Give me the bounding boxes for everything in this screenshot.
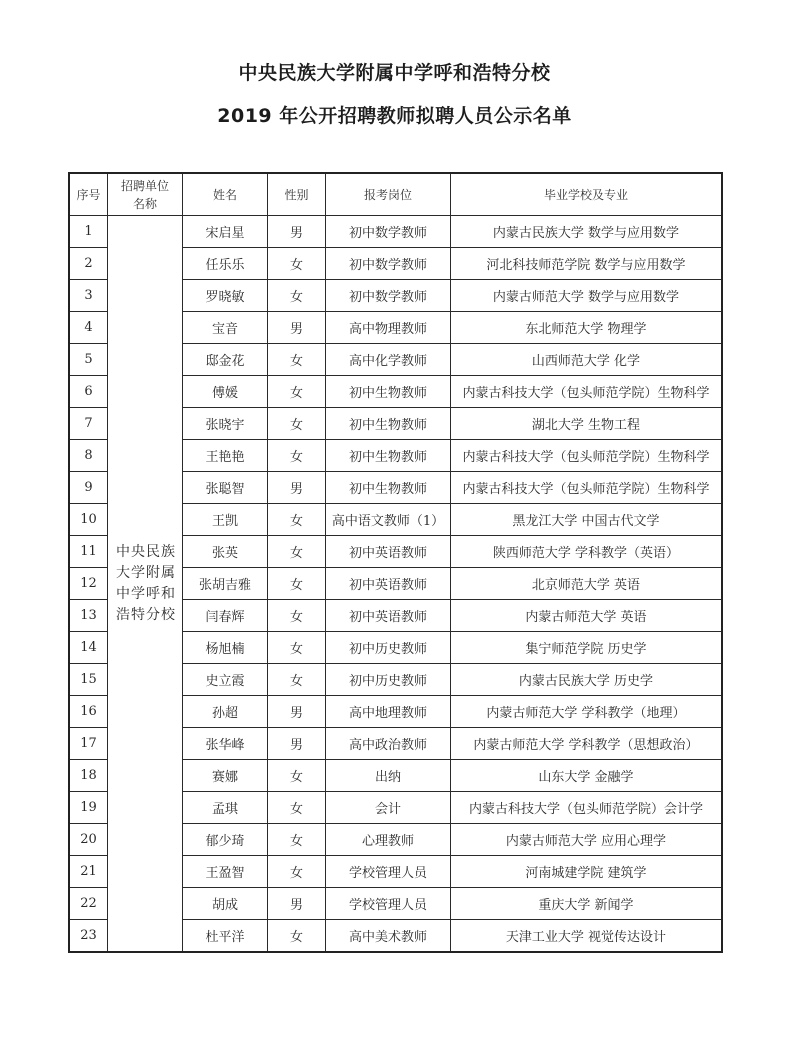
cell-gender: 女	[268, 664, 326, 696]
header-school-major: 毕业学校及专业	[451, 173, 723, 216]
cell-school-major: 内蒙古师范大学 学科教学（地理）	[451, 696, 723, 728]
cell-name: 杨旭楠	[183, 632, 268, 664]
cell-position: 出纳	[326, 760, 451, 792]
cell-name: 张华峰	[183, 728, 268, 760]
table-header-row: 序号 招聘单位名称 姓名 性别 报考岗位 毕业学校及专业	[69, 173, 722, 216]
cell-gender: 女	[268, 600, 326, 632]
cell-school-major: 内蒙古科技大学（包头师范学院）会计学	[451, 792, 723, 824]
header-hiring-unit-label: 招聘单位名称	[117, 177, 173, 213]
cell-name: 傅媛	[183, 376, 268, 408]
cell-name: 罗晓敏	[183, 280, 268, 312]
cell-serial-number: 15	[69, 664, 108, 696]
cell-serial-number: 21	[69, 856, 108, 888]
table-row: 1 中央民族大学附属中学呼和浩特分校宋启星 男 初中数学教师 内蒙古民族大学 数…	[69, 216, 722, 248]
cell-position: 高中化学教师	[326, 344, 451, 376]
cell-name: 胡成	[183, 888, 268, 920]
cell-gender: 女	[268, 536, 326, 568]
hiring-unit-line: 中央民族	[116, 544, 176, 560]
header-serial-number: 序号	[69, 173, 108, 216]
header-name: 姓名	[183, 173, 268, 216]
cell-position: 初中英语教师	[326, 600, 451, 632]
cell-gender: 女	[268, 280, 326, 312]
cell-gender: 女	[268, 440, 326, 472]
cell-school-major: 天津工业大学 视觉传达设计	[451, 920, 723, 953]
cell-school-major: 内蒙古科技大学（包头师范学院）生物科学	[451, 440, 723, 472]
cell-serial-number: 12	[69, 568, 108, 600]
cell-name: 宋启星	[183, 216, 268, 248]
cell-serial-number: 5	[69, 344, 108, 376]
cell-serial-number: 23	[69, 920, 108, 953]
cell-gender: 女	[268, 920, 326, 953]
cell-name: 张英	[183, 536, 268, 568]
cell-gender: 男	[268, 888, 326, 920]
cell-position: 高中政治教师	[326, 728, 451, 760]
cell-serial-number: 2	[69, 248, 108, 280]
cell-gender: 男	[268, 728, 326, 760]
cell-school-major: 内蒙古民族大学 历史学	[451, 664, 723, 696]
cell-position: 高中语文教师（1）	[326, 504, 451, 536]
cell-name: 王凯	[183, 504, 268, 536]
cell-school-major: 河北科技师范学院 数学与应用数学	[451, 248, 723, 280]
cell-gender: 女	[268, 344, 326, 376]
document-subtitle: 2019 年公开招聘教师拟聘人员公示名单	[0, 101, 789, 128]
cell-serial-number: 18	[69, 760, 108, 792]
cell-school-major: 东北师范大学 物理学	[451, 312, 723, 344]
cell-name: 郁少琦	[183, 824, 268, 856]
cell-school-major: 山西师范大学 化学	[451, 344, 723, 376]
cell-position: 初中生物教师	[326, 440, 451, 472]
cell-gender: 男	[268, 696, 326, 728]
cell-name: 张聪智	[183, 472, 268, 504]
cell-position: 高中物理教师	[326, 312, 451, 344]
cell-name: 孙超	[183, 696, 268, 728]
header-position: 报考岗位	[326, 173, 451, 216]
hiring-unit-line: 浩特分校	[116, 607, 176, 623]
cell-name: 杜平洋	[183, 920, 268, 953]
cell-position: 初中历史教师	[326, 632, 451, 664]
cell-serial-number: 10	[69, 504, 108, 536]
cell-serial-number: 13	[69, 600, 108, 632]
cell-gender: 女	[268, 504, 326, 536]
header-gender: 性别	[268, 173, 326, 216]
cell-serial-number: 22	[69, 888, 108, 920]
cell-name: 史立霞	[183, 664, 268, 696]
cell-position: 学校管理人员	[326, 888, 451, 920]
cell-serial-number: 8	[69, 440, 108, 472]
cell-gender: 男	[268, 472, 326, 504]
cell-name: 宝音	[183, 312, 268, 344]
cell-name: 王艳艳	[183, 440, 268, 472]
cell-serial-number: 16	[69, 696, 108, 728]
cell-serial-number: 20	[69, 824, 108, 856]
document-title: 中央民族大学附属中学呼和浩特分校	[0, 58, 789, 85]
cell-school-major: 黑龙江大学 中国古代文学	[451, 504, 723, 536]
cell-serial-number: 7	[69, 408, 108, 440]
cell-gender: 女	[268, 824, 326, 856]
cell-school-major: 重庆大学 新闻学	[451, 888, 723, 920]
cell-position: 会计	[326, 792, 451, 824]
cell-school-major: 内蒙古师范大学 学科教学（思想政治）	[451, 728, 723, 760]
cell-school-major: 陕西师范大学 学科教学（英语）	[451, 536, 723, 568]
cell-name: 闫春辉	[183, 600, 268, 632]
cell-serial-number: 14	[69, 632, 108, 664]
cell-gender: 女	[268, 632, 326, 664]
cell-position: 初中历史教师	[326, 664, 451, 696]
cell-serial-number: 1	[69, 216, 108, 248]
cell-school-major: 北京师范大学 英语	[451, 568, 723, 600]
cell-serial-number: 6	[69, 376, 108, 408]
cell-school-major: 内蒙古师范大学 数学与应用数学	[451, 280, 723, 312]
cell-position: 初中数学教师	[326, 280, 451, 312]
cell-gender: 女	[268, 376, 326, 408]
cell-hiring-unit: 中央民族大学附属中学呼和浩特分校	[108, 216, 183, 953]
cell-position: 心理教师	[326, 824, 451, 856]
cell-gender: 女	[268, 568, 326, 600]
cell-school-major: 集宁师范学院 历史学	[451, 632, 723, 664]
cell-position: 初中英语教师	[326, 568, 451, 600]
cell-serial-number: 17	[69, 728, 108, 760]
cell-school-major: 内蒙古科技大学（包头师范学院）生物科学	[451, 376, 723, 408]
cell-name: 王盈智	[183, 856, 268, 888]
cell-position: 初中英语教师	[326, 536, 451, 568]
cell-position: 初中生物教师	[326, 376, 451, 408]
cell-name: 张胡吉雅	[183, 568, 268, 600]
hiring-roster-table: 序号 招聘单位名称 姓名 性别 报考岗位 毕业学校及专业 1 中央民族大学附属中…	[68, 172, 723, 953]
hiring-unit-line: 大学附属	[116, 565, 176, 581]
cell-position: 初中数学教师	[326, 216, 451, 248]
cell-school-major: 山东大学 金融学	[451, 760, 723, 792]
cell-name: 孟琪	[183, 792, 268, 824]
cell-serial-number: 3	[69, 280, 108, 312]
cell-position: 高中地理教师	[326, 696, 451, 728]
cell-name: 张晓宇	[183, 408, 268, 440]
cell-school-major: 河南城建学院 建筑学	[451, 856, 723, 888]
cell-name: 邸金花	[183, 344, 268, 376]
table-body: 1 中央民族大学附属中学呼和浩特分校宋启星 男 初中数学教师 内蒙古民族大学 数…	[69, 216, 722, 953]
cell-school-major: 内蒙古民族大学 数学与应用数学	[451, 216, 723, 248]
cell-gender: 女	[268, 856, 326, 888]
cell-position: 初中生物教师	[326, 472, 451, 504]
cell-school-major: 内蒙古师范大学 应用心理学	[451, 824, 723, 856]
cell-gender: 男	[268, 312, 326, 344]
cell-serial-number: 9	[69, 472, 108, 504]
cell-gender: 女	[268, 760, 326, 792]
cell-school-major: 内蒙古科技大学（包头师范学院）生物科学	[451, 472, 723, 504]
cell-name: 任乐乐	[183, 248, 268, 280]
cell-serial-number: 4	[69, 312, 108, 344]
cell-position: 高中美术教师	[326, 920, 451, 953]
cell-position: 初中数学教师	[326, 248, 451, 280]
cell-serial-number: 11	[69, 536, 108, 568]
cell-name: 赛娜	[183, 760, 268, 792]
cell-gender: 女	[268, 248, 326, 280]
cell-gender: 女	[268, 408, 326, 440]
hiring-unit-line: 中学呼和	[116, 586, 176, 602]
cell-serial-number: 19	[69, 792, 108, 824]
header-hiring-unit: 招聘单位名称	[108, 173, 183, 216]
cell-gender: 男	[268, 216, 326, 248]
cell-school-major: 内蒙古师范大学 英语	[451, 600, 723, 632]
cell-position: 初中生物教师	[326, 408, 451, 440]
cell-position: 学校管理人员	[326, 856, 451, 888]
cell-school-major: 湖北大学 生物工程	[451, 408, 723, 440]
cell-gender: 女	[268, 792, 326, 824]
